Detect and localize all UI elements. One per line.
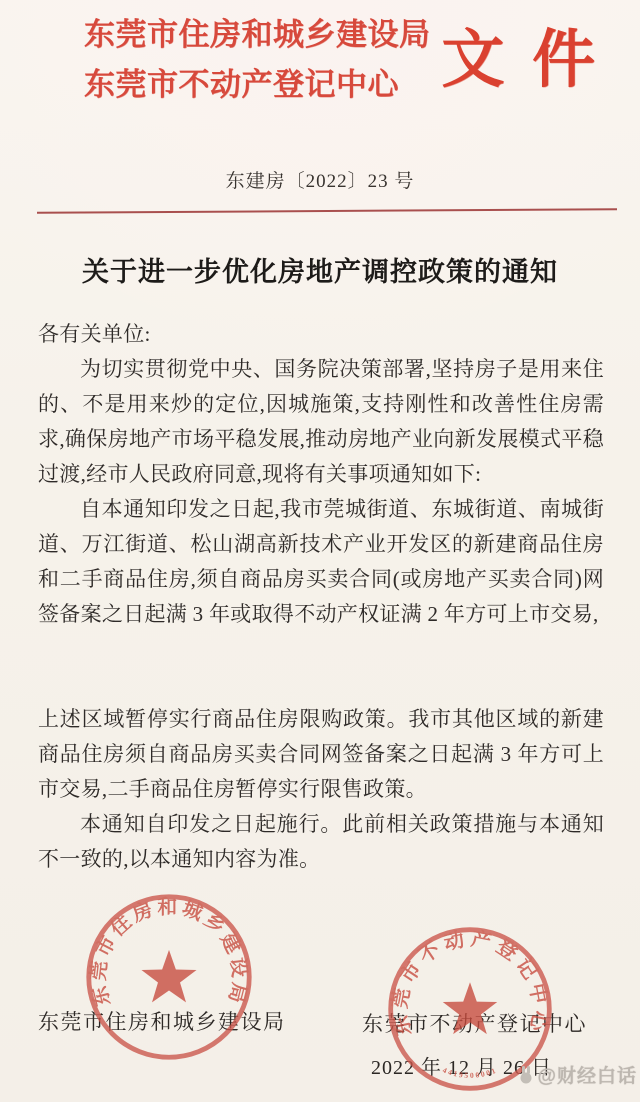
rabbit-icon [517, 1065, 535, 1085]
paragraph-2: 自本通知印发之日起,我市莞城街道、东城街道、南城街道、万江街道、松山湖高新技术产… [38, 492, 604, 632]
org-name-line1: 东莞市住房和城乡建设局 [84, 10, 431, 60]
svg-text:4419500001: 4419500001 [441, 1066, 498, 1080]
document-number: 东建房〔2022〕23 号 [0, 166, 640, 193]
star-icon [141, 950, 196, 1002]
watermark-text: @财经白话 [537, 1061, 637, 1088]
official-seal-housing-bureau: 东莞市住房和城乡建设局 [82, 890, 256, 1064]
doc-type-label: 文 件 [431, 10, 613, 110]
seal-right-serial: 4419500001 [441, 1066, 498, 1080]
red-divider-line [37, 208, 617, 214]
watermark: @财经白话 [517, 1061, 637, 1088]
issuing-orgs: 东莞市住房和城乡建设局 东莞市不动产登记中心 [84, 10, 431, 110]
official-document-page: 东莞市住房和城乡建设局 东莞市不动产登记中心 文 件 东建房〔2022〕23 号… [0, 0, 640, 1102]
paragraph-1: 为切实贯彻党中央、国务院决策部署,坚持房子是用来住的、不是用来炒的定位,因城施策… [38, 352, 604, 492]
paragraph-3: 上述区域暂停实行商品住房限购政策。我市其他区域的新建商品住房须自商品房买卖合同网… [38, 702, 604, 807]
star-icon [443, 982, 497, 1034]
salutation: 各有关单位: [38, 317, 604, 352]
letterhead: 东莞市住房和城乡建设局 东莞市不动产登记中心 文 件 [84, 10, 612, 110]
org-name-line2: 东莞市不动产登记中心 [84, 60, 431, 110]
document-body: 各有关单位: 为切实贯彻党中央、国务院决策部署,坚持房子是用来住的、不是用来炒的… [38, 317, 604, 877]
paragraph-4: 本通知自印发之日起施行。此前相关政策措施与本通知不一致的,以本通知内容为准。 [38, 807, 604, 877]
document-title: 关于进一步优化房地产调控政策的通知 [0, 250, 640, 289]
